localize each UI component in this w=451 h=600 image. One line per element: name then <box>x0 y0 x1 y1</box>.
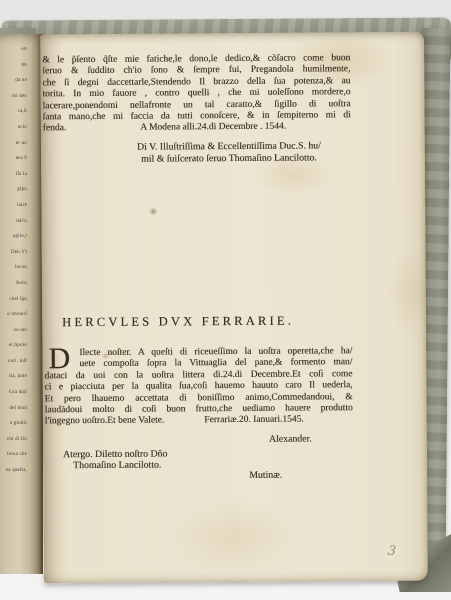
book-photograph: olltmda nemi deora,ſincioer uones ðſſa l… <box>0 0 451 600</box>
text-fragment: ndi'o <box>0 214 27 230</box>
text-fragment: oll <box>0 42 27 58</box>
text-fragment: ſſa la <box>0 167 27 183</box>
text-fragment: za queſta, <box>0 463 27 479</box>
ferrara-dateline: Ferrariæ.20. Ianuari.1545. <box>204 415 304 427</box>
drop-cap-initial: D <box>48 346 70 372</box>
text-fragment: oglio,l <box>0 229 27 245</box>
text-fragment: chi di fin <box>0 432 27 448</box>
text-fragment: lucou <box>0 260 27 276</box>
text-fragment: del mud <box>0 401 27 417</box>
heading-hercules-dux-ferrarie: HERCVLES DVX FERRARIE. <box>62 314 294 331</box>
text-fragment: ria, pote <box>0 369 27 385</box>
text-fragment: da ne <box>0 73 27 89</box>
letter-paragraph: D Ilecte noſter. A queſti di riceueſſimo… <box>44 346 353 428</box>
letter-dateline: l'ingegno uoſtro.Et bene Valete. Ferrari… <box>45 415 353 429</box>
modena-dateline: A Modena alli.24.di Decembre . 1544. <box>140 122 286 134</box>
text-fragment: er uo <box>0 136 27 152</box>
pencil-folio-number: 3 <box>387 544 397 560</box>
facing-page-edge: olltmda nemi deora,ſincioer uones ðſſa l… <box>0 34 43 574</box>
text-fragment: cori, inſt <box>0 354 27 370</box>
facing-page-text-fragments: olltmda nemi deora,ſincioer uones ðſſa l… <box>0 42 27 479</box>
attribution: Di V. Illuſtriſſima & Eccellentiſſima Du… <box>91 140 367 166</box>
text-fragment: ſerua che <box>0 447 27 463</box>
text-fragment: ra,ſi <box>0 104 27 120</box>
text-fragment: zo del <box>0 323 27 339</box>
text-fragment: nes ð <box>0 151 27 167</box>
letter-closing: l'ingegno uoſtro.Et bene Valete. <box>45 416 165 428</box>
text-fragment: mi deo <box>0 89 27 105</box>
text-fragment: a giuſtii <box>0 416 27 432</box>
text-fragment: Den.V) <box>0 245 27 261</box>
letter-lines: Ilecte noſter. A queſti di riceueſſimo l… <box>44 346 352 417</box>
place-mutinae: Mutinæ. <box>249 470 282 481</box>
text-fragment: tm <box>0 58 27 74</box>
signature-alexander: Alexander. <box>269 433 312 444</box>
text-fragment: laire <box>0 198 27 214</box>
text-fragment: chel ſpu <box>0 292 27 308</box>
text-fragment: ncio <box>0 120 27 136</box>
dedication-last-word: fenda. <box>43 124 67 136</box>
dedication-lines: & le p̃ſento q̃ſte mie fatiche,le dono,l… <box>42 53 350 124</box>
dedication-paragraph: & le p̃ſento q̃ſte mie fatiche,le dono,l… <box>42 53 351 135</box>
text-fragment: Gra dail <box>0 385 27 401</box>
atergo-line-1: Atergo. Diletto noſtro Dño <box>63 448 167 460</box>
attribution-line-2: mil & ſuiſcerato ſeruo Thomaſino Lancilo… <box>91 152 367 166</box>
text-fragment: er,Spotu <box>0 338 27 354</box>
text-fragment: o uniuerſ <box>0 307 27 323</box>
atergo-line-2: Thomaſino Lancilotto. <box>73 460 161 472</box>
text-fragment: ferru <box>0 276 27 292</box>
recto-page: & le p̃ſento q̃ſte mie fatiche,le dono,l… <box>40 32 428 584</box>
text-fragment: gſpo <box>0 182 27 198</box>
dedication-dateline: fenda. A Modena alli.24.di Decembre . 15… <box>43 122 351 136</box>
